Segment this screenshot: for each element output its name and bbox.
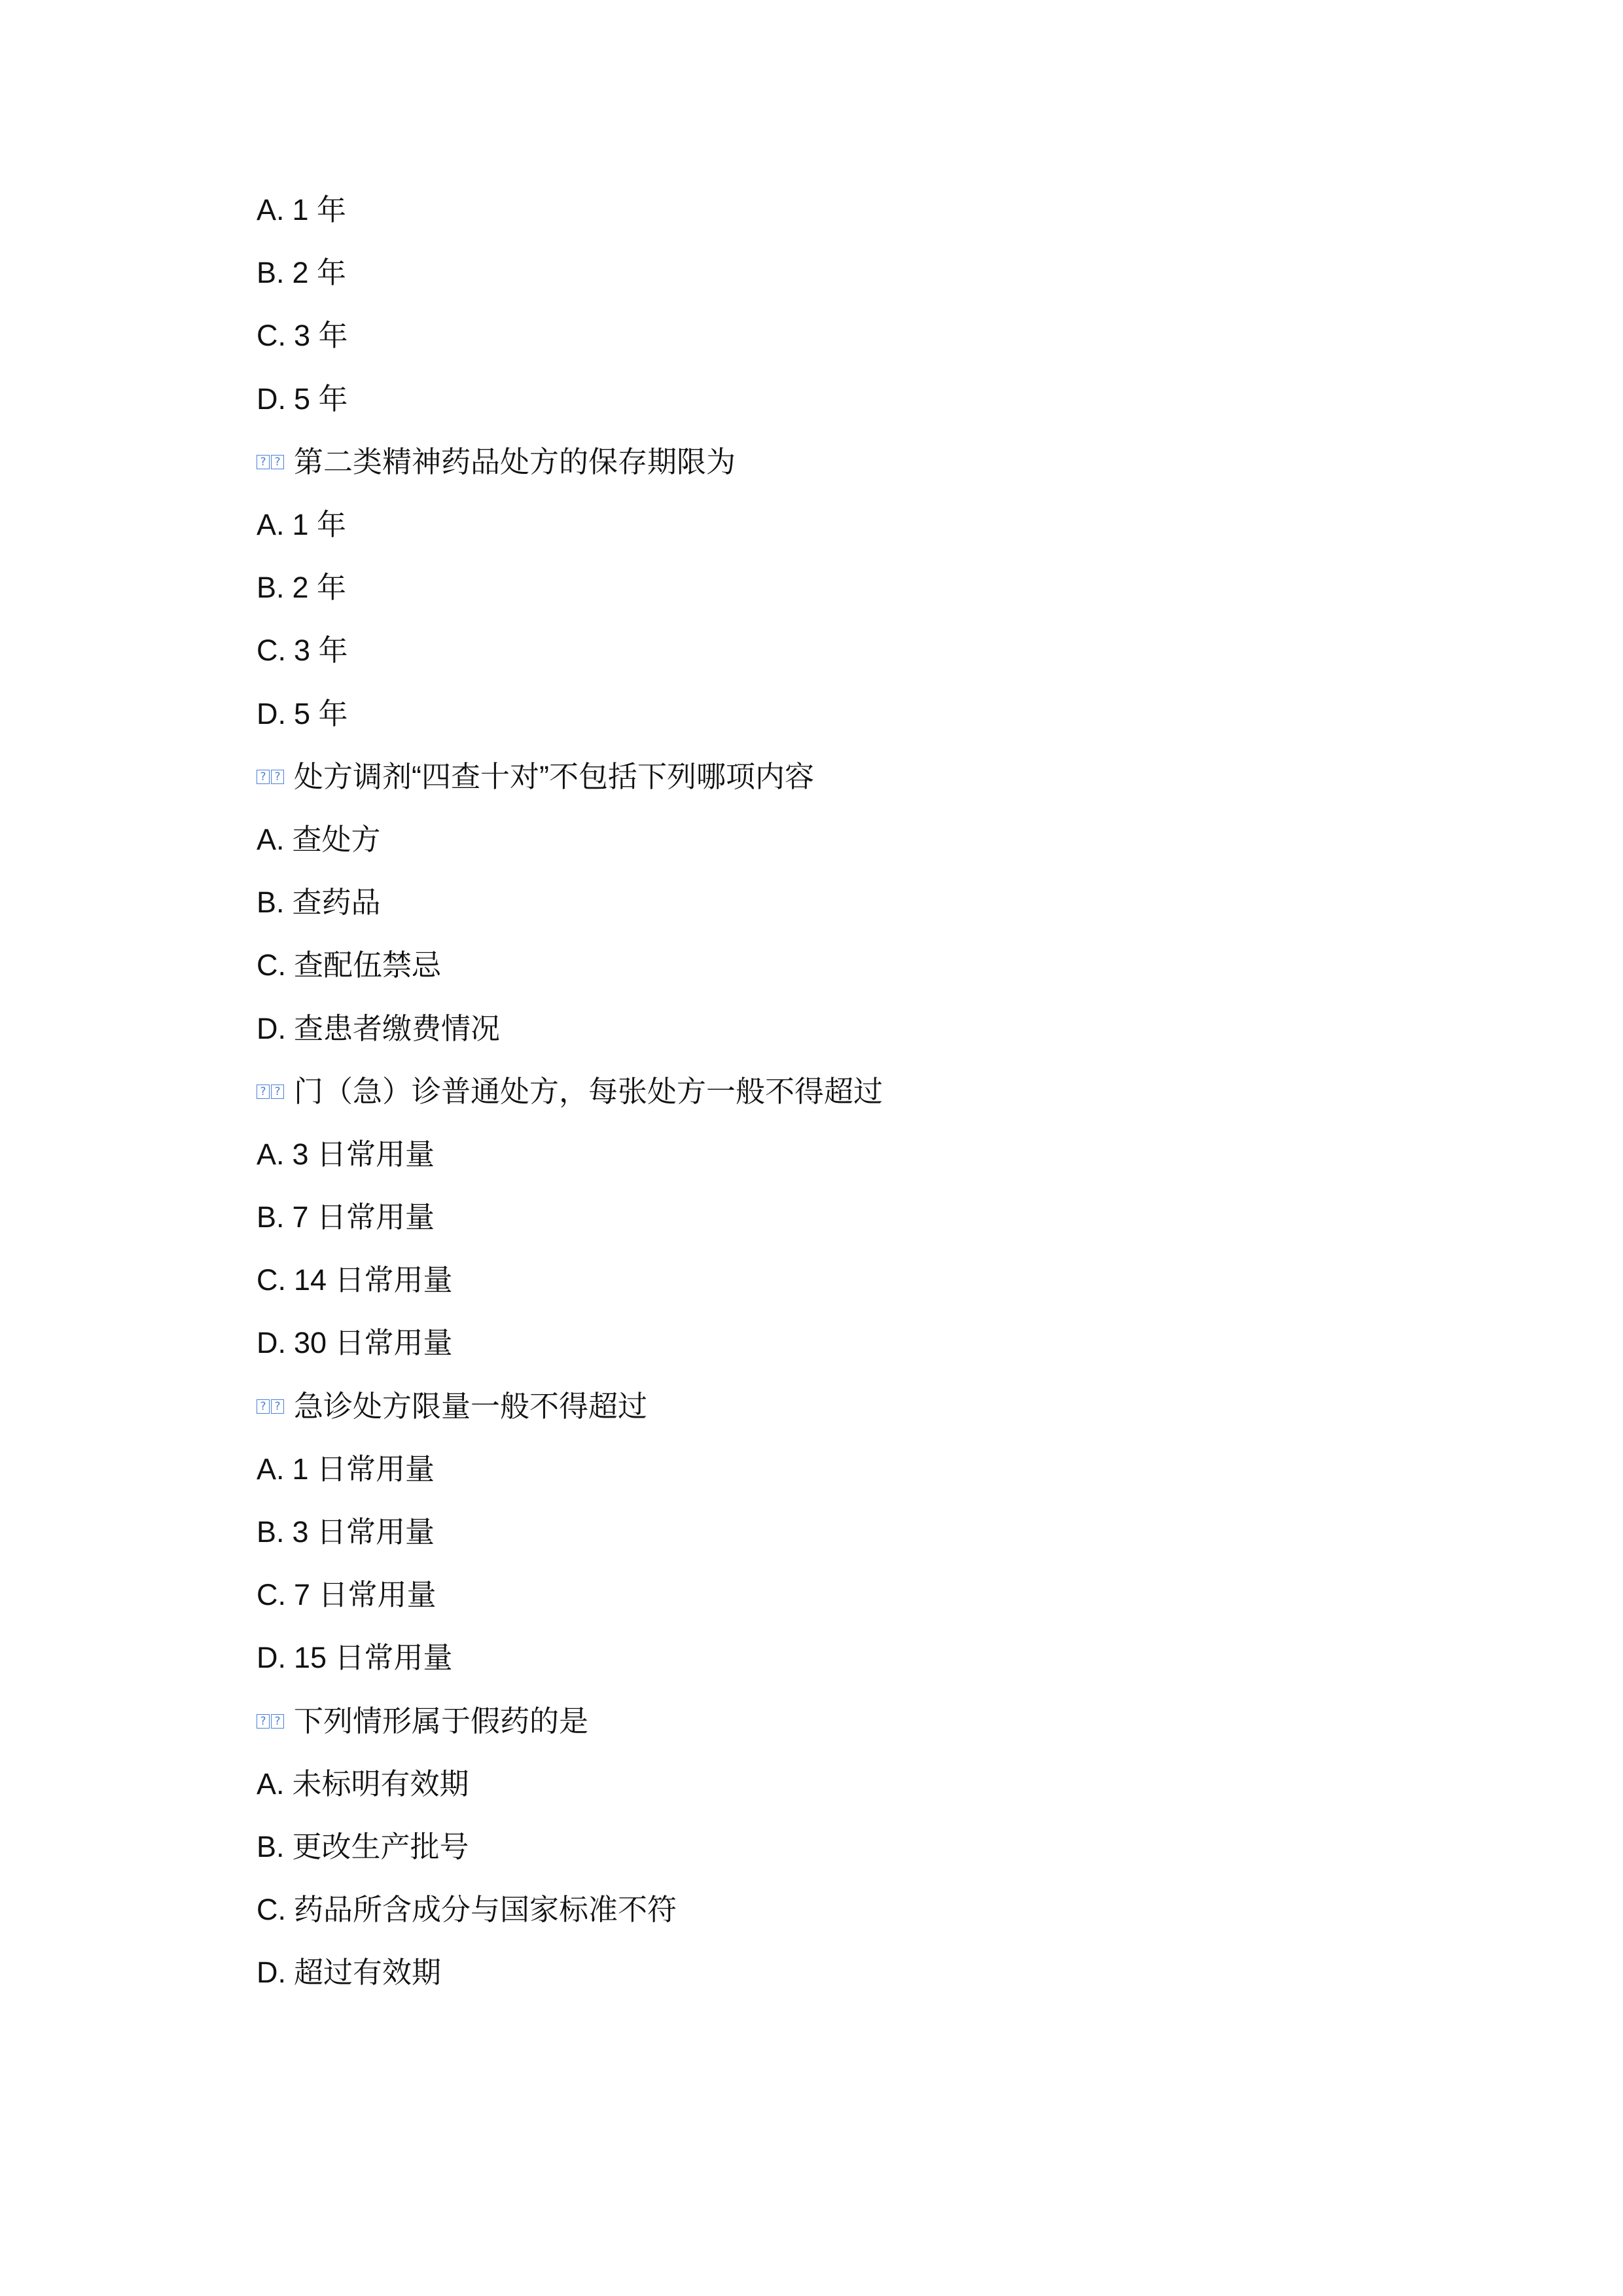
question-stem: ? ? 下列情形属于假药的是 [257, 1690, 1435, 1753]
option-letter: C. [257, 1564, 286, 1626]
option-item: C. 14 日常用量 [257, 1249, 1435, 1312]
option-letter: A. [257, 808, 285, 871]
option-letter: C. [257, 934, 286, 997]
option-letter: B. [257, 242, 285, 304]
option-text: 7 日常用量 [293, 1186, 435, 1249]
option-letter: B. [257, 1816, 285, 1878]
option-item: A. 3 日常用量 [257, 1123, 1435, 1186]
option-letter: D. [257, 1312, 286, 1374]
option-item: B. 7 日常用量 [257, 1186, 1435, 1249]
option-text: 14 日常用量 [294, 1249, 453, 1312]
option-item: C. 药品所含成分与国家标准不符 [257, 1878, 1435, 1941]
option-text: 3 日常用量 [293, 1123, 435, 1186]
option-letter: D. [257, 1941, 286, 2004]
option-text: 未标明有效期 [293, 1753, 469, 1816]
question-stem: ? ? 第二类精神药品处方的保存期限为 [257, 431, 1435, 493]
question-stem: ? ? 门（急）诊普通处方，每张处方一般不得超过 [257, 1060, 1435, 1123]
question-text: 急诊处方限量一般不得超过 [294, 1375, 647, 1438]
option-item: D. 15 日常用量 [257, 1626, 1435, 1689]
option-letter: C. [257, 1249, 286, 1312]
option-text: 2 年 [293, 242, 347, 304]
question-stem: ? ? 急诊处方限量一般不得超过 [257, 1375, 1435, 1438]
option-text: 30 日常用量 [294, 1312, 453, 1374]
question-list: A. 1 年 B. 2 年 C. 3 年 D. 5 年 ? ? 第二类精神药品处… [257, 179, 1435, 2004]
option-text: 1 日常用量 [293, 1438, 435, 1501]
option-text: 查处方 [293, 808, 381, 871]
option-letter: B. [257, 871, 285, 934]
option-letter: A. [257, 179, 285, 242]
option-item: B. 更改生产批号 [257, 1816, 1435, 1878]
option-letter: B. [257, 1501, 285, 1564]
question-text: 下列情形属于假药的是 [294, 1690, 588, 1753]
option-text: 更改生产批号 [293, 1816, 469, 1878]
option-letter: A. [257, 1753, 285, 1816]
missing-glyph-icon: ? ? [257, 1085, 284, 1100]
option-item: C. 查配伍禁忌 [257, 934, 1435, 997]
option-item: C. 3 年 [257, 619, 1435, 682]
option-text: 3 年 [294, 304, 348, 367]
option-text: 药品所含成分与国家标准不符 [294, 1878, 677, 1941]
question-text: 第二类精神药品处方的保存期限为 [294, 431, 736, 493]
missing-glyph-icon: ? ? [257, 455, 284, 471]
option-letter: D. [257, 1626, 286, 1689]
option-item: B. 2 年 [257, 242, 1435, 304]
document-page: A. 1 年 B. 2 年 C. 3 年 D. 5 年 ? ? 第二类精神药品处… [0, 0, 1623, 2296]
option-item: D. 5 年 [257, 368, 1435, 431]
option-letter: A. [257, 1123, 285, 1186]
option-text: 超过有效期 [294, 1941, 441, 2004]
option-letter: B. [257, 1186, 285, 1249]
option-letter: D. [257, 683, 286, 745]
option-item: B. 查药品 [257, 871, 1435, 934]
option-item: D. 超过有效期 [257, 1941, 1435, 2004]
option-text: 3 年 [294, 619, 348, 682]
option-item: B. 2 年 [257, 556, 1435, 619]
option-letter: A. [257, 493, 285, 556]
missing-glyph-icon: ? ? [257, 1714, 284, 1730]
option-item: A. 1 年 [257, 493, 1435, 556]
question-text: 处方调剂“四查十对”不包括下列哪项内容 [294, 745, 814, 808]
option-text: 1 年 [293, 179, 347, 242]
option-text: 3 日常用量 [293, 1501, 435, 1564]
option-letter: A. [257, 1438, 285, 1501]
option-letter: C. [257, 304, 286, 367]
option-letter: D. [257, 997, 286, 1060]
option-text: 15 日常用量 [294, 1626, 453, 1689]
missing-glyph-icon: ? ? [257, 770, 284, 785]
option-text: 7 日常用量 [294, 1564, 437, 1626]
option-item: B. 3 日常用量 [257, 1501, 1435, 1564]
option-item: C. 3 年 [257, 304, 1435, 367]
option-letter: C. [257, 619, 286, 682]
option-letter: B. [257, 556, 285, 619]
option-text: 1 年 [293, 493, 347, 556]
option-text: 2 年 [293, 556, 347, 619]
option-text: 查药品 [293, 871, 381, 934]
option-letter: D. [257, 368, 286, 431]
option-letter: C. [257, 1878, 286, 1941]
question-stem: ? ? 处方调剂“四查十对”不包括下列哪项内容 [257, 745, 1435, 808]
option-item: D. 30 日常用量 [257, 1312, 1435, 1374]
option-item: A. 1 年 [257, 179, 1435, 242]
option-text: 5 年 [294, 683, 348, 745]
question-text: 门（急）诊普通处方，每张处方一般不得超过 [294, 1060, 883, 1123]
option-item: A. 未标明有效期 [257, 1753, 1435, 1816]
option-text: 查患者缴费情况 [294, 997, 500, 1060]
missing-glyph-icon: ? ? [257, 1399, 284, 1415]
option-item: A. 1 日常用量 [257, 1438, 1435, 1501]
option-text: 查配伍禁忌 [294, 934, 441, 997]
option-item: D. 5 年 [257, 683, 1435, 745]
option-item: A. 查处方 [257, 808, 1435, 871]
option-item: C. 7 日常用量 [257, 1564, 1435, 1626]
option-text: 5 年 [294, 368, 348, 431]
option-item: D. 查患者缴费情况 [257, 997, 1435, 1060]
